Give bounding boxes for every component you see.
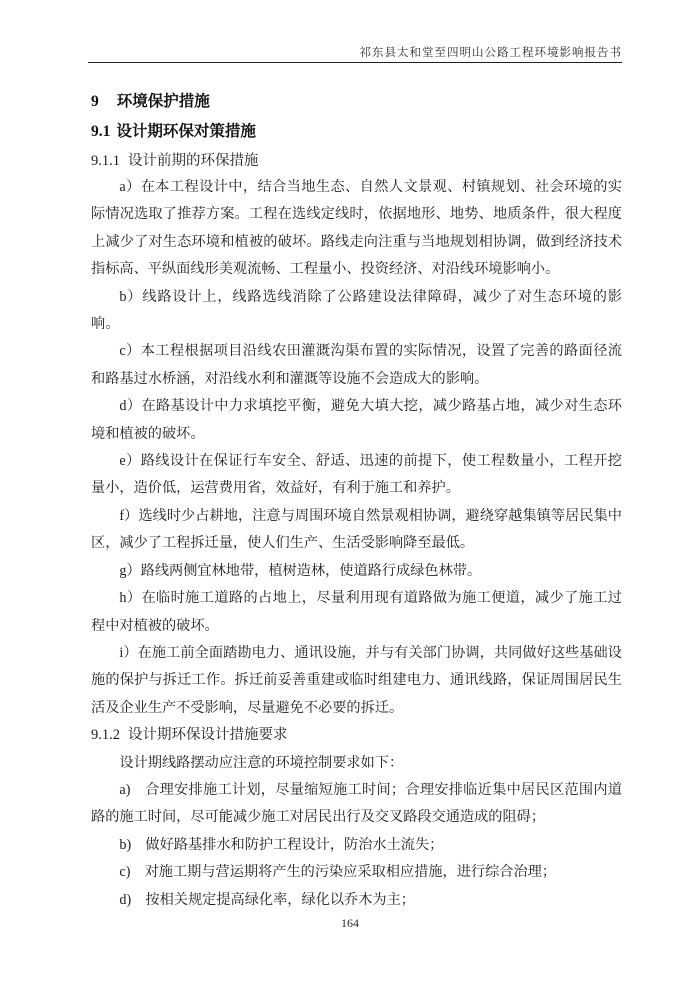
header-divider-line	[88, 62, 622, 63]
chapter-title: 环境保护措施	[117, 93, 210, 110]
document-body: 9环境保护措施 9.1设计期环保对策措施 9.1.1设计前期的环保措施 a）在本…	[91, 88, 622, 914]
paragraph-item-i: i）在施工前全面踏勘电力、通讯设施，并与有关部门协调，共同做好这些基础设施的保护…	[91, 640, 622, 722]
paragraph-item-a: a）在本工程设计中，结合当地生态、自然人文景观、村镇规划、社会环境的实际情况选取…	[91, 174, 622, 284]
section-heading-9-1: 9.1设计期环保对策措施	[91, 122, 622, 142]
chapter-heading: 9环境保护措施	[91, 92, 622, 112]
paragraph-item-c: c）本工程根据项目沿线农田灌溉沟渠布置的实际情况，设置了完善的路面径流和路基过水…	[91, 338, 622, 393]
list-item-d: d) 按相关规定提高绿化率，绿化以乔木为主；	[91, 887, 622, 914]
paragraph-intro-912: 设计期线路摆动应注意的环境控制要求如下：	[91, 750, 622, 777]
page-header-title: 祁东县太和堂至四明山公路工程环境影响报告书	[91, 44, 622, 60]
subsection-title: 设计前期的环保措施	[128, 153, 259, 169]
paragraph-item-f: f）选线时少占耕地，注意与周围环境自然景观相协调，避绕穿越集镇等居民集中区，减少…	[91, 503, 622, 558]
document-page: 祁东县太和堂至四明山公路工程环境影响报告书 9环境保护措施 9.1设计期环保对策…	[0, 0, 700, 990]
section-title: 设计期环保对策措施	[116, 123, 256, 140]
subsection-number: 9.1.2	[91, 727, 120, 743]
paragraph-item-b: b）线路设计上，线路选线消除了公路建设法律障碍，减少了对生态环境的影响。	[91, 284, 622, 339]
list-item-c: c) 对施工期与营运期将产生的污染应采取相应措施，进行综合治理；	[91, 859, 622, 886]
section-number: 9.1	[91, 123, 110, 140]
chapter-number: 9	[91, 93, 99, 110]
page-number: 164	[0, 916, 700, 931]
list-item-b: b) 做好路基排水和防护工程设计，防治水土流失；	[91, 832, 622, 859]
paragraph-item-e: e）路线设计在保证行车安全、舒适、迅速的前提下，使工程数量小，工程开挖量小，造价…	[91, 448, 622, 503]
paragraph-item-d: d）在路基设计中力求填挖平衡，避免大填大挖，减少路基占地，减少对生态环境和植被的…	[91, 393, 622, 448]
paragraph-item-g: g）路线两侧宜林地带，植树造林，使道路行成绿色林带。	[91, 558, 622, 585]
subsection-heading-9-1-2: 9.1.2设计期环保设计措施要求	[91, 722, 622, 749]
subsection-title: 设计期环保设计措施要求	[128, 727, 288, 743]
list-item-a: a) 合理安排施工计划，尽量缩短施工时间；合理安排临近集中居民区范围内道路的施工…	[91, 777, 622, 832]
subsection-heading-9-1-1: 9.1.1设计前期的环保措施	[91, 151, 622, 171]
subsection-number: 9.1.1	[91, 153, 120, 169]
paragraph-item-h: h）在临时施工道路的占地上，尽量利用现有道路做为施工便道，减少了施工过程中对植被…	[91, 585, 622, 640]
